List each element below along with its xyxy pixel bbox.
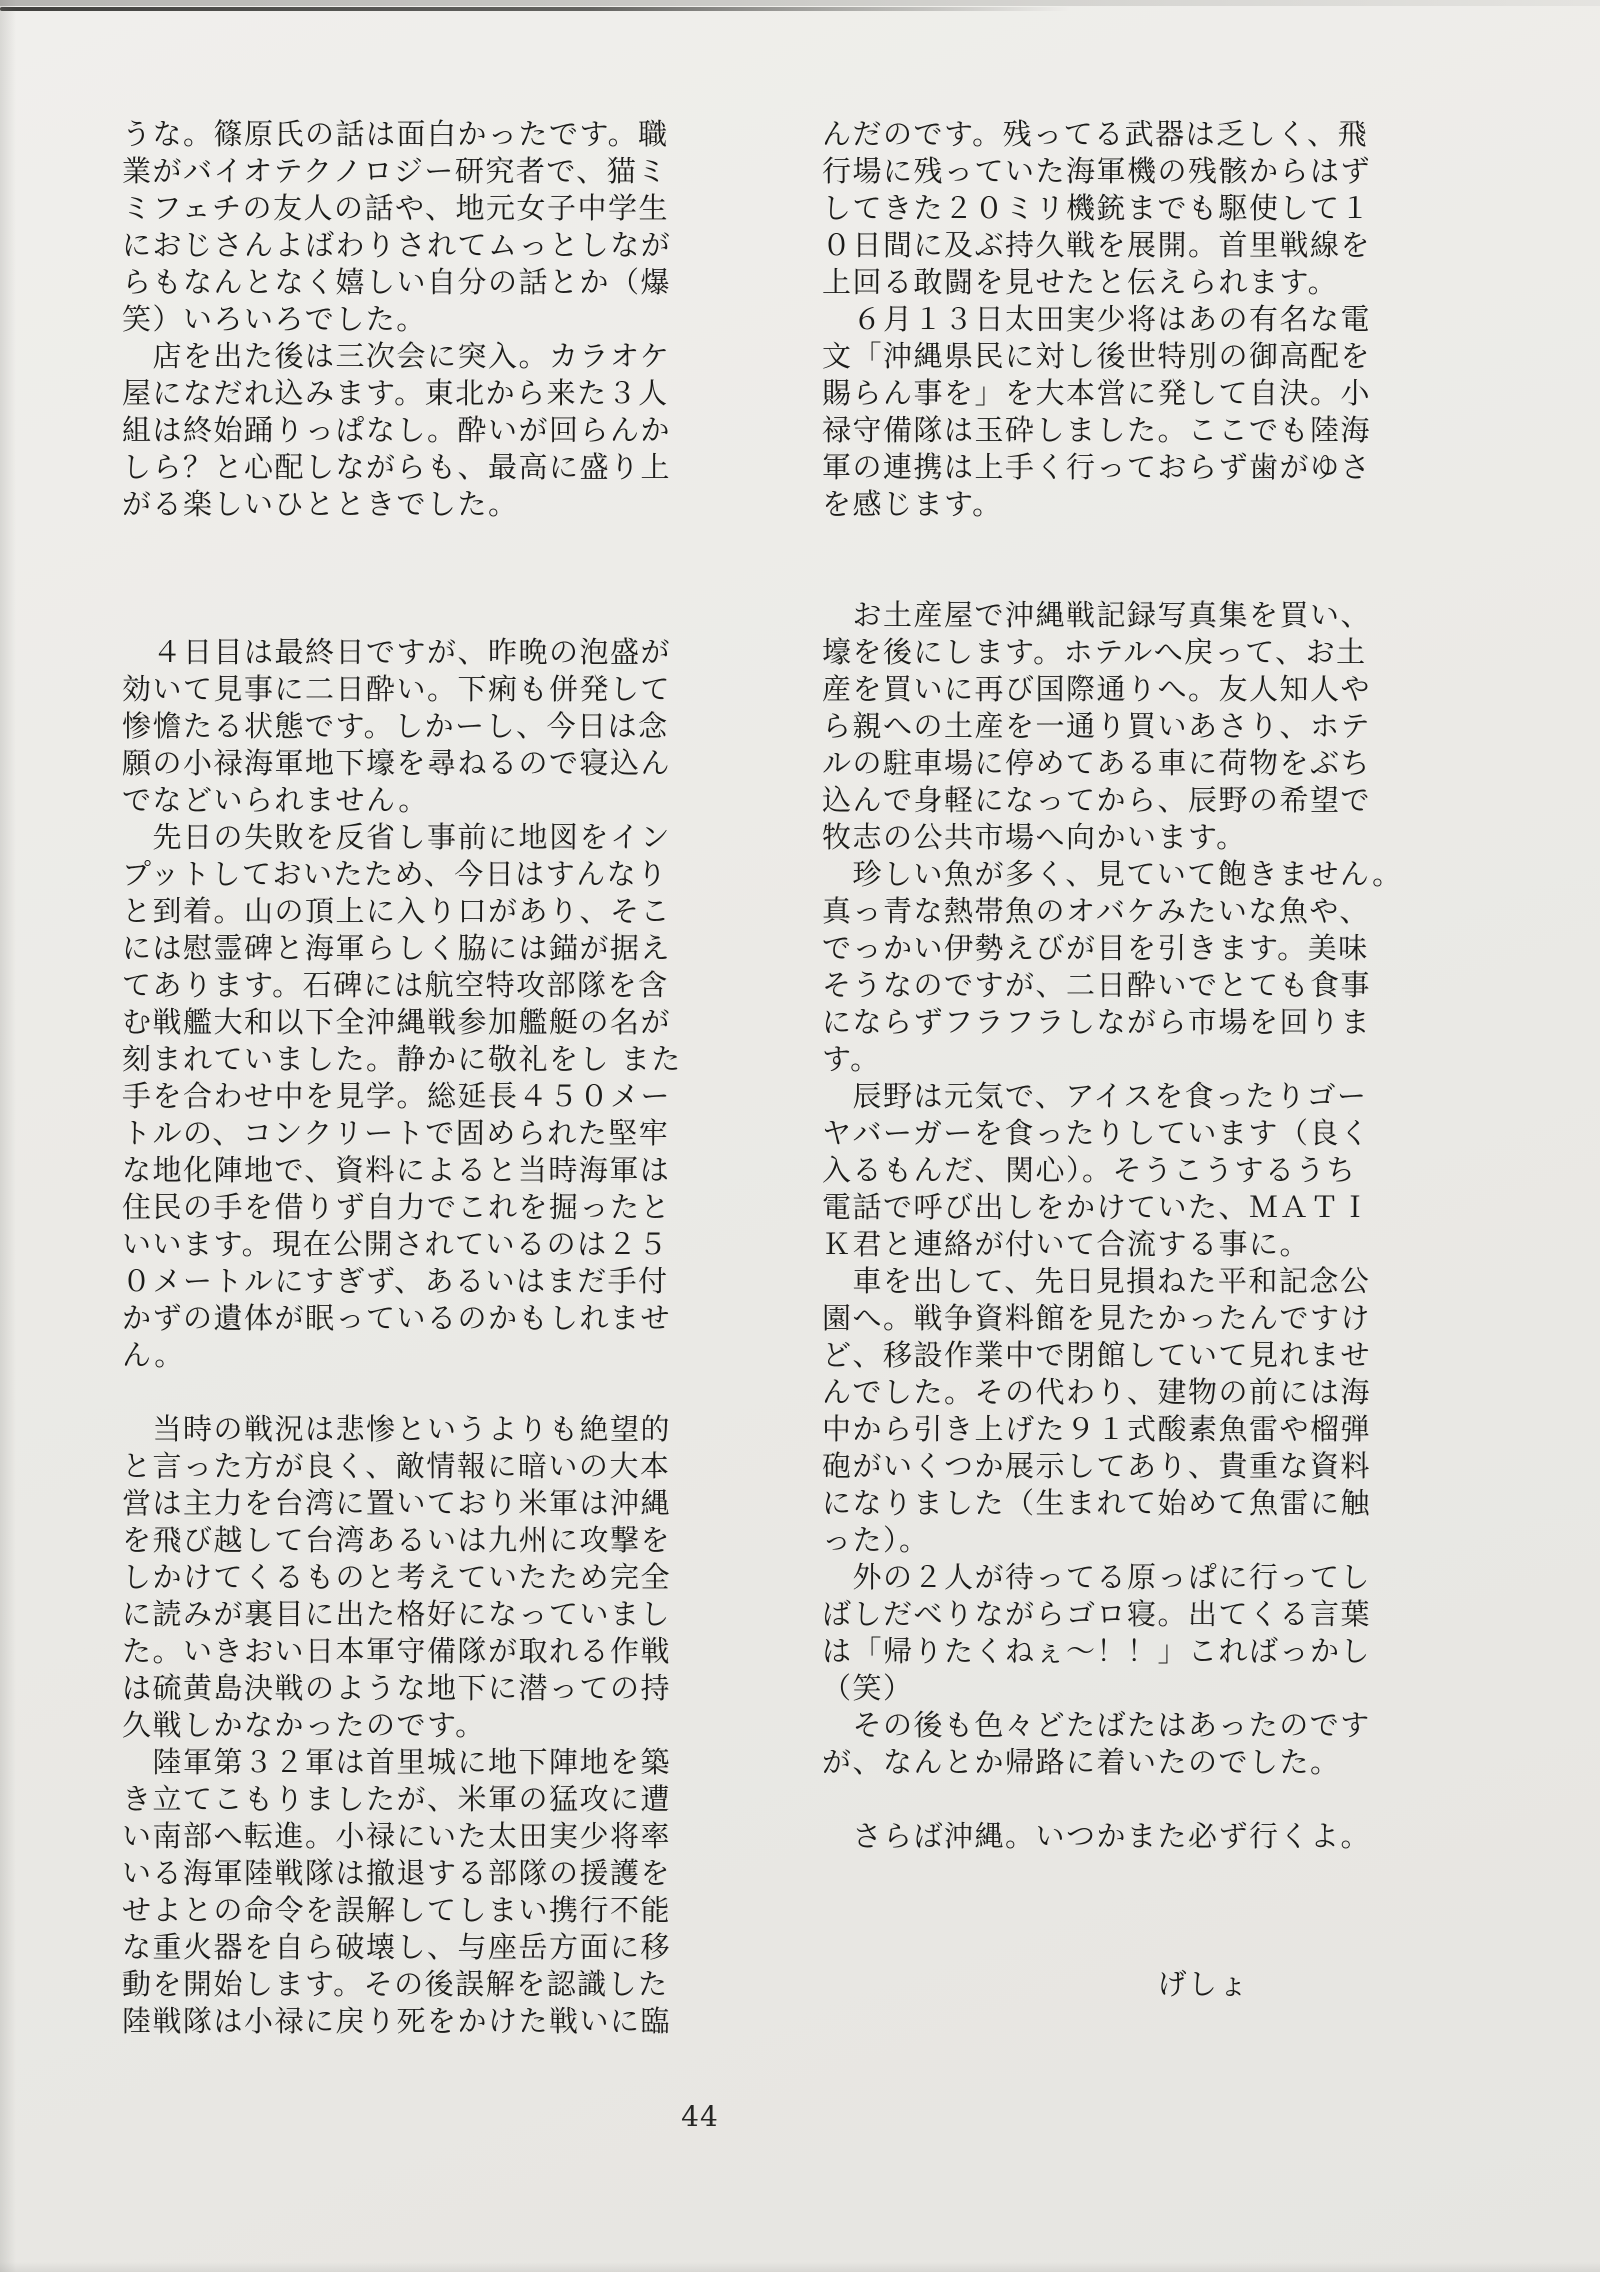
text-line: 久戦しかなかったのです。 — [122, 1707, 742, 1744]
text-line: 業がバイオテクノロジー研究者で、猫ミ — [122, 153, 742, 190]
text-line: を飛び越して台湾あるいは九州に攻撃を — [122, 1522, 742, 1559]
text-line: になりました（生まれて始めて魚雷に触 — [822, 1485, 1422, 1522]
text-line: かずの遺体が眠っているのかもしれませ — [122, 1300, 742, 1337]
text-line: 込んで身軽になってから、辰野の希望で — [822, 782, 1422, 819]
text-line: 真っ青な熱帯魚のオバケみたいな魚や、 — [822, 893, 1422, 930]
text-line: ミフェチの友人の話や、地元女子中学生 — [122, 190, 742, 227]
text-line: 壕を後にします。ホテルへ戻って、お土 — [822, 634, 1422, 671]
text-line: お土産屋で沖縄戦記録写真集を買い、 — [822, 597, 1422, 634]
text-line: 効いて見事に二日酔い。下痢も併発して — [122, 671, 742, 708]
text-line: 中から引き上げた９１式酸素魚雷や榴弾 — [822, 1411, 1422, 1448]
text-line: 店を出た後は三次会に突入。カラオケ — [122, 338, 742, 375]
text-line: 上回る敢闘を見せたと伝えられます。 — [822, 264, 1422, 301]
text-line — [122, 560, 742, 597]
text-line: 電話で呼び出しをかけていた、ＭＡＴＩ — [822, 1189, 1422, 1226]
text-line — [822, 1892, 1422, 1929]
text-line: らもなんとなく嬉しい自分の話とか（爆 — [122, 264, 742, 301]
text-line: 陸軍第３２軍は首里城に地下陣地を築 — [122, 1744, 742, 1781]
text-line — [822, 1781, 1422, 1818]
text-line: む戦艦大和以下全沖縄戦参加艦艇の名が — [122, 1004, 742, 1041]
text-line: 賜らん事を」を大本営に発して自決。小 — [822, 375, 1422, 412]
text-line: 営は主力を台湾に置いており米軍は沖縄 — [122, 1485, 742, 1522]
text-line: んでした。その代わり、建物の前には海 — [822, 1374, 1422, 1411]
text-line — [122, 597, 742, 634]
text-line: 禄守備隊は玉砕しました。ここでも陸海 — [822, 412, 1422, 449]
text-line: でっかい伊勢えびが目を引きます。美味 — [822, 930, 1422, 967]
text-line: その後も色々どたばたはあったのです — [822, 1707, 1422, 1744]
text-line: がる楽しいひとときでした。 — [122, 486, 742, 523]
text-line: ど、移設作業中で閉館していて見れませ — [822, 1337, 1422, 1374]
text-line: 産を買いに再び国際通りへ。友人知人や — [822, 671, 1422, 708]
text-line: 軍の連携は上手く行っておらず歯がゆさ — [822, 449, 1422, 486]
text-line: うな。篠原氏の話は面白かったです。職 — [122, 116, 742, 153]
text-line: が、なんとか帰路に着いたのでした。 — [822, 1744, 1422, 1781]
text-line: ら親への土産を一通り買いあさり、ホテ — [822, 708, 1422, 745]
text-line: い南部へ転進。小禄にいた太田実少将率 — [122, 1818, 742, 1855]
text-line: ヤバーガーを食ったりしています（良く — [822, 1115, 1422, 1152]
text-line: 行場に残っていた海軍機の残骸からはず — [822, 153, 1422, 190]
text-line — [122, 523, 742, 560]
text-line: いる海軍陸戦隊は撤退する部隊の援護を — [122, 1855, 742, 1892]
text-line — [822, 1855, 1422, 1892]
text-line: さらば沖縄。いつかまた必ず行くよ。 — [822, 1818, 1422, 1855]
text-line — [822, 1929, 1422, 1966]
text-line: な地化陣地で、資料によると当時海軍は — [122, 1152, 742, 1189]
text-column-left: うな。篠原氏の話は面白かったです。職業がバイオテクノロジー研究者で、猫ミミフェチ… — [122, 116, 742, 2040]
text-line: 先日の失敗を反省し事前に地図をイン — [122, 819, 742, 856]
text-line: してきた２０ミリ機銃までも駆使して１ — [822, 190, 1422, 227]
scan-artifact-top-line — [0, 7, 1070, 11]
text-line: 惨憺たる状態です。しかーし、今日は念 — [122, 708, 742, 745]
text-line: 砲がいくつか展示してあり、貴重な資料 — [822, 1448, 1422, 1485]
text-line: ０日間に及ぶ持久戦を展開。首里戦線を — [822, 227, 1422, 264]
text-line: いいます。現在公開されているのは２５ — [122, 1226, 742, 1263]
text-line: 当時の戦況は悲惨というよりも絶望的 — [122, 1411, 742, 1448]
text-line: Ｋ君と連絡が付いて合流する事に。 — [822, 1226, 1422, 1263]
scan-top-shade — [0, 0, 1600, 6]
text-line: 笑）いろいろでした。 — [122, 301, 742, 338]
text-line: 外の２人が待ってる原っぱに行ってし — [822, 1559, 1422, 1596]
text-line: な重火器を自ら破壊し、与座岳方面に移 — [122, 1929, 742, 1966]
text-line: ばしだべりながらゴロ寝。出てくる言葉 — [822, 1596, 1422, 1633]
text-line: と言った方が良く、敵情報に暗いの大本 — [122, 1448, 742, 1485]
text-line: （笑） — [822, 1670, 1422, 1707]
text-line: 牧志の公共市場へ向かいます。 — [822, 819, 1422, 856]
text-line: しら？と心配しながらも、最高に盛り上 — [122, 449, 742, 486]
text-line: プットしておいたため、今日はすんなり — [122, 856, 742, 893]
text-line: 車を出して、先日見損ねた平和記念公 — [822, 1263, 1422, 1300]
text-line: 文「沖縄県民に対し後世特別の御高配を — [822, 338, 1422, 375]
text-line: んだのです。残ってる武器は乏しく、飛 — [822, 116, 1422, 153]
text-line: は「帰りたくねぇ～！！」こればっかし — [822, 1633, 1422, 1670]
text-column-right: んだのです。残ってる武器は乏しく、飛行場に残っていた海軍機の残骸からはずしてきた… — [822, 116, 1422, 2003]
scan-edge-left-shadow — [0, 0, 16, 2272]
text-line: ６月１３日太田実少将はあの有名な電 — [822, 301, 1422, 338]
text-line — [822, 523, 1422, 560]
text-line: 組は終始踊りっぱなし。酔いが回らんか — [122, 412, 742, 449]
text-line: 住民の手を借りず自力でこれを掘ったと — [122, 1189, 742, 1226]
text-line: てあります。石碑には航空特攻部隊を含 — [122, 967, 742, 1004]
page-number: 44 — [640, 2100, 760, 2133]
text-line — [122, 1374, 742, 1411]
text-line: き立てこもりましたが、米軍の猛攻に遭 — [122, 1781, 742, 1818]
text-line: ４日目は最終日ですが、昨晩の泡盛が — [122, 634, 742, 671]
text-line: った）。 — [822, 1522, 1422, 1559]
text-line: 手を合わせ中を見学。総延長４５０メー — [122, 1078, 742, 1115]
text-line: トルの、コンクリートで固められた堅牢 — [122, 1115, 742, 1152]
text-line: 屋になだれ込みます。東北から来た３人 — [122, 375, 742, 412]
text-line — [822, 560, 1422, 597]
text-line: は硫黄島決戦のような地下に潜っての持 — [122, 1670, 742, 1707]
text-line: には慰霊碑と海軍らしく脇には錨が据え — [122, 930, 742, 967]
text-line: す。 — [822, 1041, 1422, 1078]
text-line: ん。 — [122, 1337, 742, 1374]
scanned-page: うな。篠原氏の話は面白かったです。職業がバイオテクノロジー研究者で、猫ミミフェチ… — [0, 0, 1600, 2272]
text-line: ０メートルにすぎず、あるいはまだ手付 — [122, 1263, 742, 1300]
text-line: しかけてくるものと考えていたため完全 — [122, 1559, 742, 1596]
text-line: た。いきおい日本軍守備隊が取れる作戦 — [122, 1633, 742, 1670]
text-line: でなどいられません。 — [122, 782, 742, 819]
text-line: 陸戦隊は小禄に戻り死をかけた戦いに臨 — [122, 2003, 742, 2040]
text-line: 珍しい魚が多く、見ていて飽きません。 — [822, 856, 1422, 893]
text-line: に読みが裏目に出た格好になっていまし — [122, 1596, 742, 1633]
scan-edge-bottom-shadow — [0, 2262, 1600, 2272]
text-line: 辰野は元気で、アイスを食ったりゴー — [822, 1078, 1422, 1115]
text-line: と到着。山の頂上に入り口があり、そこ — [122, 893, 742, 930]
text-line: 刻まれていました。静かに敬礼をし また — [122, 1041, 742, 1078]
text-line: におじさんよばわりされてムっとしなが — [122, 227, 742, 264]
text-line: げしょ — [822, 1966, 1422, 2003]
text-line: 動を開始します。その後誤解を認識した — [122, 1966, 742, 2003]
text-line: 入るもんだ、関心）。そうこうするうち — [822, 1152, 1422, 1189]
text-line: 園へ。戦争資料館を見たかったんですけ — [822, 1300, 1422, 1337]
text-line: せよとの命令を誤解してしまい携行不能 — [122, 1892, 742, 1929]
text-line: 願の小禄海軍地下壕を尋ねるので寝込ん — [122, 745, 742, 782]
text-line: ルの駐車場に停めてある車に荷物をぶち — [822, 745, 1422, 782]
text-line: を感じます。 — [822, 486, 1422, 523]
text-line: そうなのですが、二日酔いでとても食事 — [822, 967, 1422, 1004]
text-line: にならずフラフラしながら市場を回りま — [822, 1004, 1422, 1041]
